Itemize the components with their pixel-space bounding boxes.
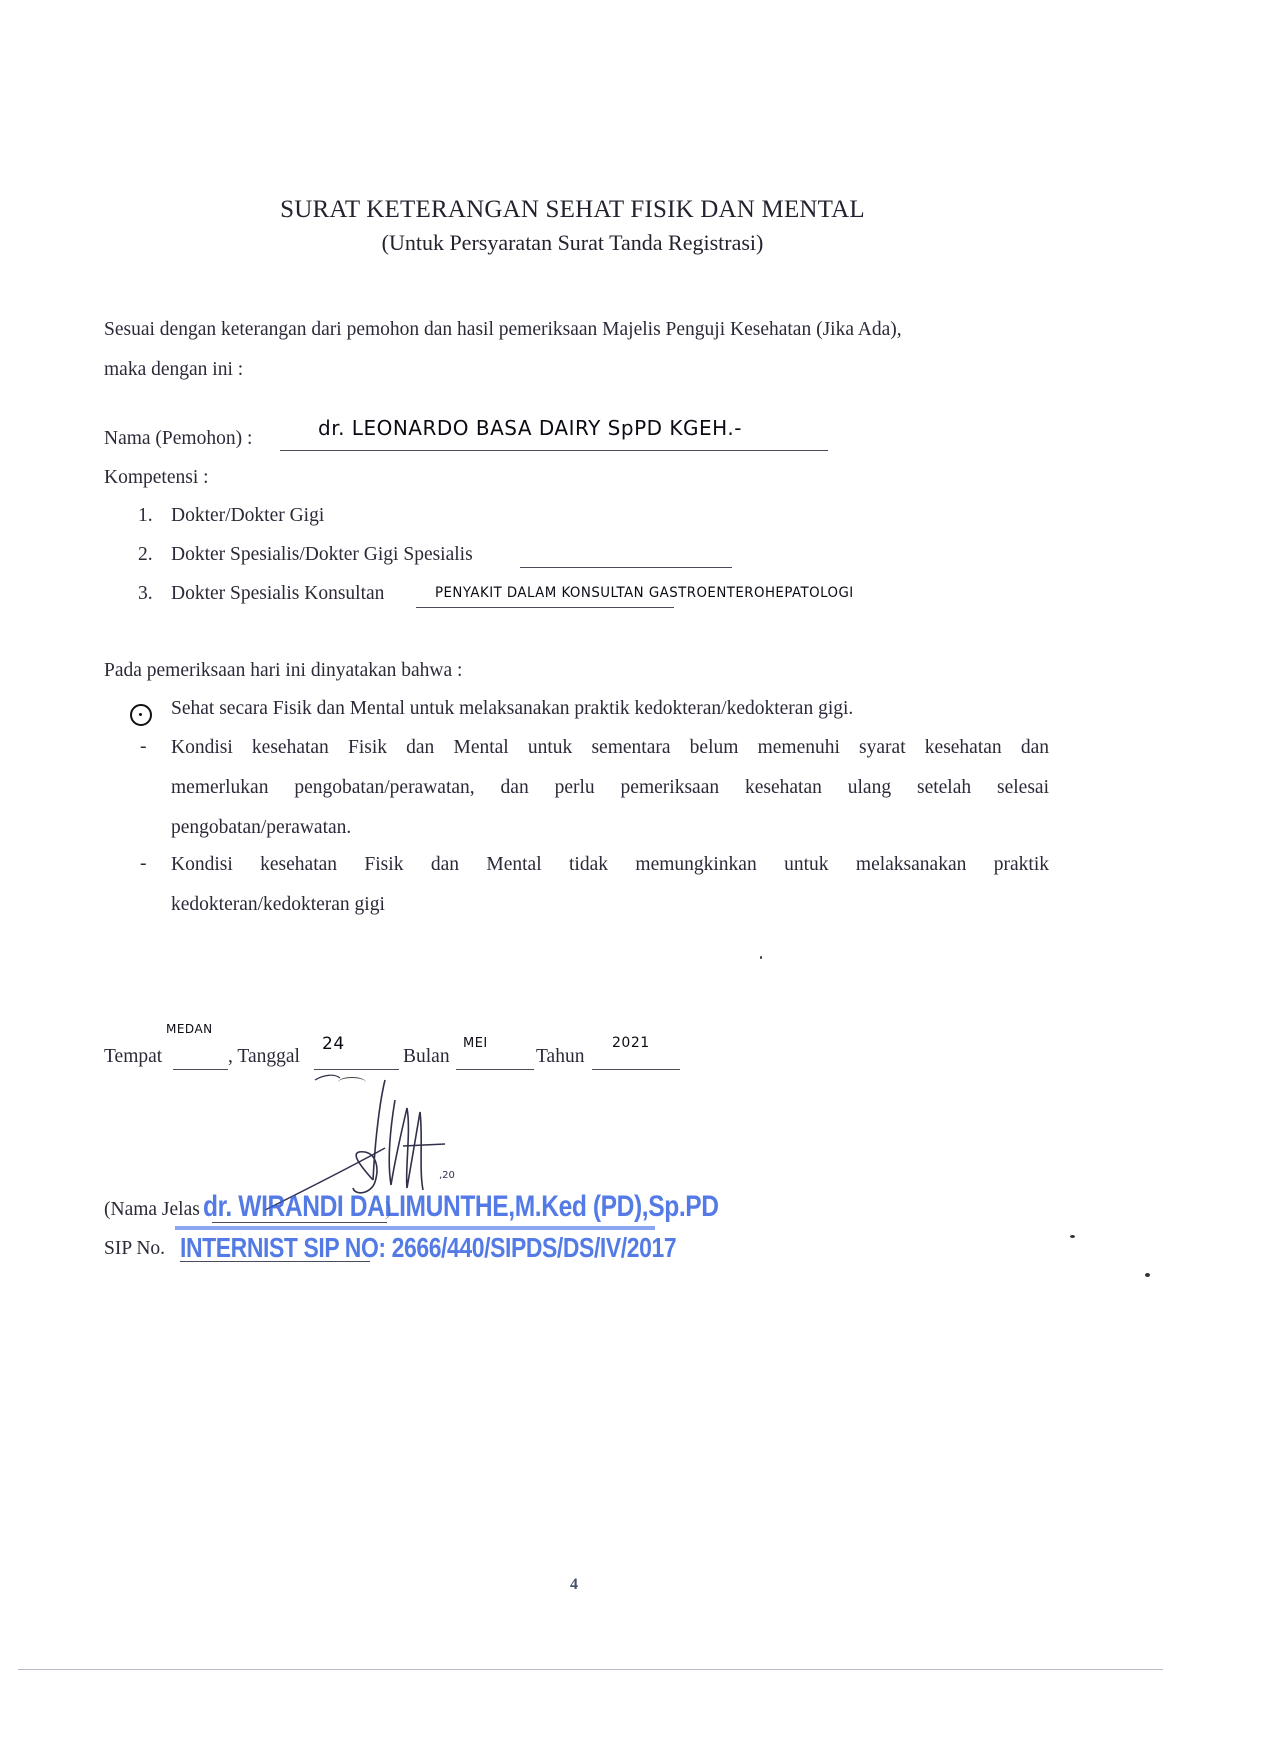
option-temporarily-unfit[interactable]: Kondisi kesehatan Fisik dan Mental untuk… xyxy=(171,728,1049,848)
competence-text: Dokter Spesialis Konsultan xyxy=(171,583,384,604)
day-field[interactable]: 24 xyxy=(322,1034,345,1054)
option-3-line-2: kedokteran/kedokteran gigi xyxy=(171,885,1049,925)
place-field[interactable]: MEDAN xyxy=(166,1022,213,1036)
intro-line-2: maka dengan ini : xyxy=(104,350,1050,390)
document-title: SURAT KETERANGAN SEHAT FISIK DAN MENTAL xyxy=(0,196,1145,224)
page-number: 4 xyxy=(570,1576,578,1594)
examination-label: Pada pemeriksaan hari ini dinyatakan bah… xyxy=(104,660,462,682)
month-label: Bulan xyxy=(403,1046,450,1068)
year-label: Tahun xyxy=(536,1046,584,1068)
stamp-underline xyxy=(175,1226,655,1230)
option-2-dash-marker: - xyxy=(140,736,147,758)
selected-option-circle-icon[interactable] xyxy=(130,704,152,726)
competence-number: 1. xyxy=(138,505,171,527)
competence-3-line xyxy=(416,606,674,608)
option-3-dash-marker: - xyxy=(140,853,147,875)
month-field[interactable]: MEI xyxy=(463,1036,488,1051)
option-2-line-2: memerlukan pengobatan/perawatan, dan per… xyxy=(171,768,1049,808)
pen-mark xyxy=(338,1077,366,1088)
option-2-line-3: pengobatan/perawatan. xyxy=(171,808,1049,848)
option-healthy[interactable]: Sehat secara Fisik dan Mental untuk mela… xyxy=(171,698,853,720)
scan-speck xyxy=(1070,1235,1075,1238)
year-field[interactable]: 2021 xyxy=(612,1035,650,1051)
competence-3-field[interactable]: PENYAKIT DALAM KONSULTAN GASTROENTEROHEP… xyxy=(435,585,854,601)
competence-item-3: 3.Dokter Spesialis Konsultan xyxy=(138,583,384,605)
scan-speck xyxy=(1145,1273,1150,1277)
signature-icon: ,20 xyxy=(255,1070,475,1210)
day-label: , Tanggal xyxy=(228,1046,300,1068)
svg-text:,20: ,20 xyxy=(439,1170,455,1181)
option-unfit[interactable]: Kondisi kesehatan Fisik dan Mental tidak… xyxy=(171,845,1049,925)
intro-paragraph: Sesuai dengan keterangan dari pemohon da… xyxy=(104,310,1050,390)
option-2-line-1: Kondisi kesehatan Fisik dan Mental untuk… xyxy=(171,728,1049,768)
competence-item-2: 2.Dokter Spesialis/Dokter Gigi Spesialis xyxy=(138,544,473,566)
signatory-name-stamp: dr. WIRANDI DALIMUNTHE,M.Ked (PD),Sp.PD xyxy=(203,1190,719,1224)
scan-speck xyxy=(760,956,762,959)
place-label: Tempat xyxy=(104,1046,162,1068)
document-subtitle: (Untuk Persyaratan Surat Tanda Registras… xyxy=(0,230,1145,256)
intro-line-1: Sesuai dengan keterangan dari pemohon da… xyxy=(104,310,1050,350)
signatory-name-label: (Nama Jelas xyxy=(104,1199,200,1221)
scan-artifact-line xyxy=(18,1669,1163,1670)
option-3-line-1: Kondisi kesehatan Fisik dan Mental tidak… xyxy=(171,845,1049,885)
applicant-name-field[interactable]: dr. LEONARDO BASA DAIRY SpPD KGEH.- xyxy=(318,416,742,440)
competence-label: Kompetensi : xyxy=(104,467,209,489)
competence-number: 3. xyxy=(138,583,171,605)
competence-number: 2. xyxy=(138,544,171,566)
competence-text: Dokter/Dokter Gigi xyxy=(171,505,324,526)
competence-item-1: 1.Dokter/Dokter Gigi xyxy=(138,505,324,527)
sip-stamp: INTERNIST SIP NO: 2666/440/SIPDS/DS/IV/2… xyxy=(180,1232,676,1264)
competence-2-blank-field[interactable] xyxy=(520,566,732,568)
sip-label: SIP No. xyxy=(104,1238,165,1260)
place-line xyxy=(173,1068,228,1070)
year-line xyxy=(592,1068,680,1070)
applicant-label: Nama (Pemohon) : xyxy=(104,428,252,450)
applicant-name-line xyxy=(280,449,828,451)
competence-text: Dokter Spesialis/Dokter Gigi Spesialis xyxy=(171,544,473,565)
